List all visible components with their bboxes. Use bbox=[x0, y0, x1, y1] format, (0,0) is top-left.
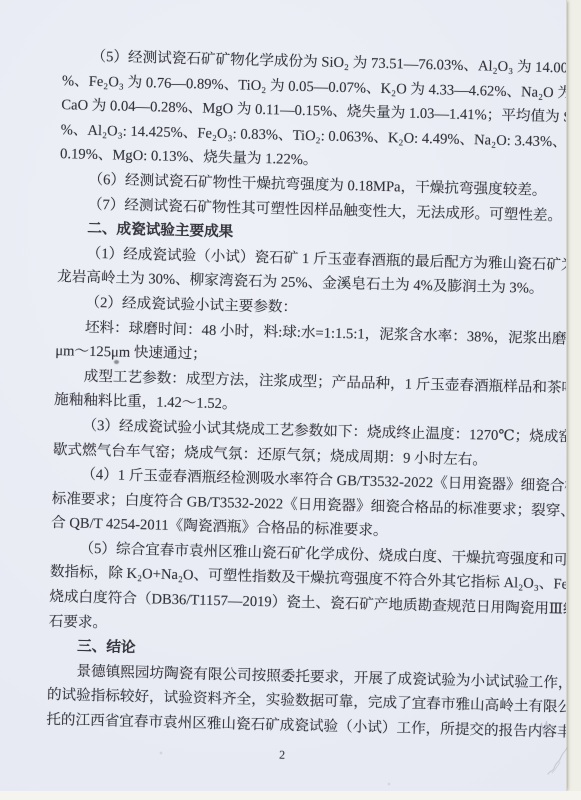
ink-smudge bbox=[114, 360, 119, 364]
scan-edge-bottom bbox=[0, 791, 581, 800]
ink-speck bbox=[388, 783, 390, 785]
pencil-scribble-icon bbox=[546, 746, 568, 776]
pencil-mark-icon bbox=[536, 718, 552, 740]
paper-sheet: （5）经测试瓷石矿矿物化学成份为 SiO₂ 为 73.51—76.03%、Al₂… bbox=[0, 0, 567, 791]
ink-speck bbox=[160, 752, 162, 754]
scanned-document-page: { "page": { "number": "2" }, "document":… bbox=[0, 0, 581, 800]
document-body: （5）经测试瓷石矿矿物化学成份为 SiO₂ 为 73.51—76.03%、Al₂… bbox=[45, 44, 554, 773]
